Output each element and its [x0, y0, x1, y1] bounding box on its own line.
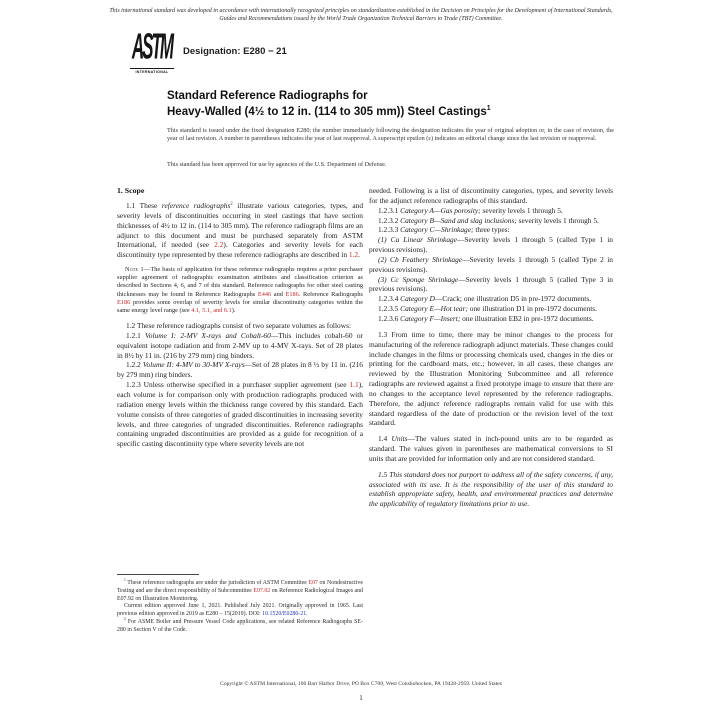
text-segment: Category C—Shrinkage;	[400, 225, 473, 234]
copyright-line: Copyright © ASTM International, 100 Barr…	[0, 681, 722, 687]
text-segment: Volume II: 4-MV to 30-MV X-rays	[143, 360, 245, 369]
cross-reference-link[interactable]: 1.1	[349, 380, 358, 389]
left-column: 1. Scope 1.1 These reference radiographs…	[117, 186, 363, 449]
astm-logo-letters: ASTM	[130, 6, 174, 90]
para-1-5: 1.5 This standard does not purport to ad…	[369, 470, 613, 509]
text-segment: Category D	[400, 294, 435, 303]
text-segment: 1.2.3 Unless otherwise specified in a pu…	[126, 380, 349, 389]
text-segment: ).	[232, 307, 236, 314]
para-1-2: 1.2 These reference radiographs consist …	[117, 321, 363, 331]
cross-reference-link[interactable]: E186	[286, 291, 299, 298]
cross-reference-link[interactable]: E446	[258, 291, 271, 298]
document-page: This international standard was develope…	[0, 0, 722, 722]
text-segment: (3) Cc Sponge Shrinkage	[378, 275, 458, 284]
text-segment: needed. Following is a list of discontin…	[369, 186, 613, 205]
text-segment: 1.5	[378, 470, 389, 479]
text-segment: ), each volume is for comparison only wi…	[117, 380, 363, 448]
dod-approval-note: This standard has been approved for use …	[167, 161, 614, 169]
text-segment: 1.2 These reference radiographs consist …	[126, 321, 351, 330]
text-segment: 1.2.3.3	[378, 225, 400, 234]
text-segment: one illustration EB2 in pre-1972 documen…	[460, 314, 593, 323]
doi-link[interactable]: 10.1520/E0280-21	[262, 611, 306, 617]
para-shrinkage-linear: (1) Ca Linear Shrinkage—Severity levels …	[369, 235, 613, 255]
text-segment: one illustration D1 in pre-1972 document…	[468, 304, 597, 313]
text-segment: (1) Ca Linear Shrinkage	[378, 235, 457, 244]
section-heading-scope: 1. Scope	[117, 186, 363, 195]
cross-reference-link[interactable]: 2.2	[214, 240, 223, 249]
title-line2: Heavy-Walled (4½ to 12 in. (114 to 305 m…	[167, 106, 487, 118]
para-1-2-1: 1.2.1 Volume I: 2-MV X-rays and Cobalt-6…	[117, 331, 363, 361]
text-segment: 1.4	[378, 434, 392, 443]
para-shrinkage-sponge: (3) Cc Sponge Shrinkage—Severity levels …	[369, 275, 613, 295]
para-1-2-3-1: 1.2.3.1 Category A—Gas porosity; severit…	[369, 206, 613, 216]
text-segment: three types:	[473, 225, 509, 234]
text-segment: Category B—Sand and slag inclusions;	[400, 216, 517, 225]
footnote-separator-rule	[117, 574, 199, 575]
left-column-paragraphs: 1.1 These reference radiographs2 illustr…	[117, 201, 363, 449]
text-segment: 1.2.1	[126, 331, 145, 340]
footnote-2-asme: 2 For ASME Boiler and Pressure Vessel Co…	[117, 619, 363, 635]
text-segment: .	[306, 611, 307, 617]
text-segment: Volume I: 2-MV X-rays and Cobalt-60	[145, 331, 271, 340]
wto-disclaimer: This international standard was develope…	[106, 7, 616, 24]
text-segment: provides some overlap of severity levels…	[117, 299, 363, 314]
text-segment: 1.2.3.1	[378, 206, 400, 215]
text-segment: severity levels 1 through 5.	[517, 216, 599, 225]
para-1-2-3-3: 1.2.3.3 Category C—Shrinkage; three type…	[369, 225, 613, 235]
cross-reference-link[interactable]: E186	[117, 299, 130, 306]
cross-reference-link[interactable]: 4.1, 5.1, and 6.1	[191, 307, 232, 314]
para-1-2-2: 1.2.2 Volume II: 4-MV to 30-MV X-rays—Se…	[117, 360, 363, 380]
para-1-1: 1.1 These reference radiographs2 illustr…	[117, 201, 363, 260]
para-1-2-3-6: 1.2.3.6 Category F—Insert; one illustrat…	[369, 314, 613, 324]
text-segment: 1.3 From time to time, there may be mino…	[369, 330, 613, 428]
text-segment: 1.2.3.6	[378, 314, 400, 323]
text-segment: 1.2.3.5	[378, 304, 400, 313]
title-footnote-marker: 1	[487, 105, 491, 112]
text-segment: Category F—Insert;	[400, 314, 460, 323]
footnote-1-jurisdiction: 1 These reference radiographs are under …	[117, 580, 363, 603]
text-segment: —Crack; one illustration D5 in pre-1972 …	[435, 294, 591, 303]
right-column: needed. Following is a list of discontin…	[369, 186, 613, 509]
text-segment: 1.2.3.4	[378, 294, 400, 303]
para-1-2-3-5: 1.2.3.5 Category E—Hot tear; one illustr…	[369, 304, 613, 314]
text-segment: reference radiographs	[162, 201, 230, 210]
text-segment: Note 1—	[125, 266, 150, 273]
cross-reference-link[interactable]: E07.02	[253, 588, 270, 594]
text-segment: 1.2.2	[126, 360, 143, 369]
page-number: 1	[0, 694, 722, 702]
text-segment: severity levels 1 through 5.	[481, 206, 563, 215]
para-1-2-3-continued: needed. Following is a list of discontin…	[369, 186, 613, 206]
footnote-paragraphs: 1 These reference radiographs are under …	[117, 580, 363, 634]
para-1-2-3-4: 1.2.3.4 Category D—Crack; one illustrati…	[369, 294, 613, 304]
para-note-1: Note 1—The basis of application for thes…	[117, 266, 363, 315]
text-segment: (2) Cb Feathery Shrinkage	[378, 255, 462, 264]
text-segment: .	[358, 250, 360, 259]
para-1-4: 1.4 Units—The values stated in inch-poun…	[369, 434, 613, 464]
footnote-1-edition: Current edition approved June 1, 2021. P…	[117, 603, 363, 619]
text-segment: . Reference Radiographs	[299, 291, 363, 298]
standard-title: Standard Reference Radiographs for Heavy…	[167, 89, 627, 120]
text-segment: This standard does not purport to addres…	[369, 470, 613, 509]
cross-reference-link[interactable]: E07	[308, 580, 318, 586]
para-shrinkage-feathery: (2) Cb Feathery Shrinkage—Severity level…	[369, 255, 613, 275]
text-segment: Category E—Hot tear;	[400, 304, 468, 313]
text-segment: For ASME Boiler and Pressure Vessel Code…	[117, 619, 363, 633]
text-segment: 1.2.3.2	[378, 216, 400, 225]
title-line1: Standard Reference Radiographs for	[167, 90, 368, 102]
astm-logo: ASTM INTERNATIONAL	[130, 28, 174, 74]
designation-label: Designation: E280 − 21	[183, 46, 287, 57]
text-segment: and	[271, 291, 285, 298]
text-segment: Category A—Gas porosity;	[400, 206, 480, 215]
para-1-2-3: 1.2.3 Unless otherwise specified in a pu…	[117, 380, 363, 449]
text-segment: Units	[392, 434, 408, 443]
text-segment: 1.1 These	[126, 201, 162, 210]
para-1-2-3-2: 1.2.3.2 Category B—Sand and slag inclusi…	[369, 216, 613, 226]
right-column-paragraphs: needed. Following is a list of discontin…	[369, 186, 613, 509]
issued-boilerplate: This standard is issued under the fixed …	[167, 127, 614, 144]
para-1-3: 1.3 From time to time, there may be mino…	[369, 330, 613, 428]
footnote-block: 1 These reference radiographs are under …	[117, 574, 363, 634]
text-segment: These reference radiographs are under th…	[126, 580, 309, 586]
text-segment: Current edition approved June 1, 2021. P…	[117, 603, 363, 617]
cross-reference-link[interactable]: 1.2	[349, 250, 358, 259]
